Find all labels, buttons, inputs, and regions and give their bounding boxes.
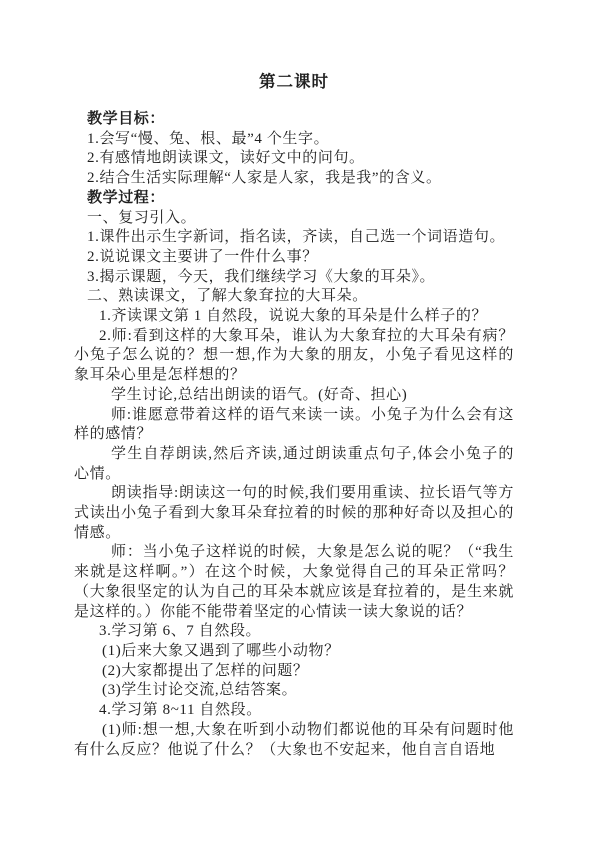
doc-paragraph: (1)后来大象又遇到了哪些小动物？ xyxy=(74,642,514,662)
doc-paragraph: 2.说说课文主要讲了一件什么事？ xyxy=(74,248,514,268)
doc-paragraph: 二、熟读课文，了解大象耷拉的大耳朵。 xyxy=(74,287,514,307)
doc-paragraph: 4.学习第 8~11 自然段。 xyxy=(74,701,514,721)
doc-paragraph: 2.师:看到这样的大象耳朵，谁认为大象耷拉的大耳朵有病？小兔子怎么说的？想一想,… xyxy=(74,327,514,386)
doc-paragraph: 朗读指导:朗读这一句的时候,我们要用重读、拉长语气等方式读出小兔子看到大象耳朵耷… xyxy=(74,484,514,543)
doc-paragraph: 一、复习引入。 xyxy=(74,209,514,229)
doc-paragraph: 学生讨论,总结出朗读的语气。(好奇、担心) xyxy=(74,386,514,406)
document-content: 第二课时 教学目标： 1.会写“慢、兔、根、最”4 个生字。 2.有感情地朗读课… xyxy=(74,72,514,760)
doc-paragraph: 师：当小兔子这样说的时候，大象是怎么说的呢？（“我生来就是这样啊。”）在这个时候… xyxy=(74,543,514,622)
doc-paragraph: (3)学生讨论交流,总结答案。 xyxy=(74,681,514,701)
doc-paragraph: 1.会写“慢、兔、根、最”4 个生字。 xyxy=(74,130,514,150)
doc-paragraph: 师:谁愿意带着这样的语气来读一读。小兔子为什么会有这样的感情？ xyxy=(74,406,514,445)
doc-paragraph: 3.学习第 6、7 自然段。 xyxy=(74,622,514,642)
document-page: 第二课时 教学目标： 1.会写“慢、兔、根、最”4 个生字。 2.有感情地朗读课… xyxy=(0,0,595,842)
doc-paragraph: 学生自荐朗读,然后齐读,通过朗读重点句子,体会小兔子的心情。 xyxy=(74,445,514,484)
doc-paragraph: (1)师:想一想,大象在听到小动物们都说他的耳朵有问题时他有什么反应？他说了什么… xyxy=(74,721,514,760)
page-title: 第二课时 xyxy=(74,72,514,92)
doc-paragraph: 2.结合生活实际理解“人家是人家，我是我”的含义。 xyxy=(74,169,514,189)
section-heading-process: 教学过程： xyxy=(74,189,514,209)
doc-paragraph: 2.有感情地朗读课文，读好文中的问句。 xyxy=(74,149,514,169)
doc-paragraph: 1.齐读课文第 1 自然段，说说大象的耳朵是什么样子的？ xyxy=(74,307,514,327)
section-heading-objectives: 教学目标： xyxy=(74,110,514,130)
doc-paragraph: 3.揭示课题，今天，我们继续学习《大象的耳朵》。 xyxy=(74,268,514,288)
doc-paragraph: (2)大家都提出了怎样的问题？ xyxy=(74,662,514,682)
doc-paragraph: 1.课件出示生字新词，指名读，齐读，自己选一个词语造句。 xyxy=(74,228,514,248)
